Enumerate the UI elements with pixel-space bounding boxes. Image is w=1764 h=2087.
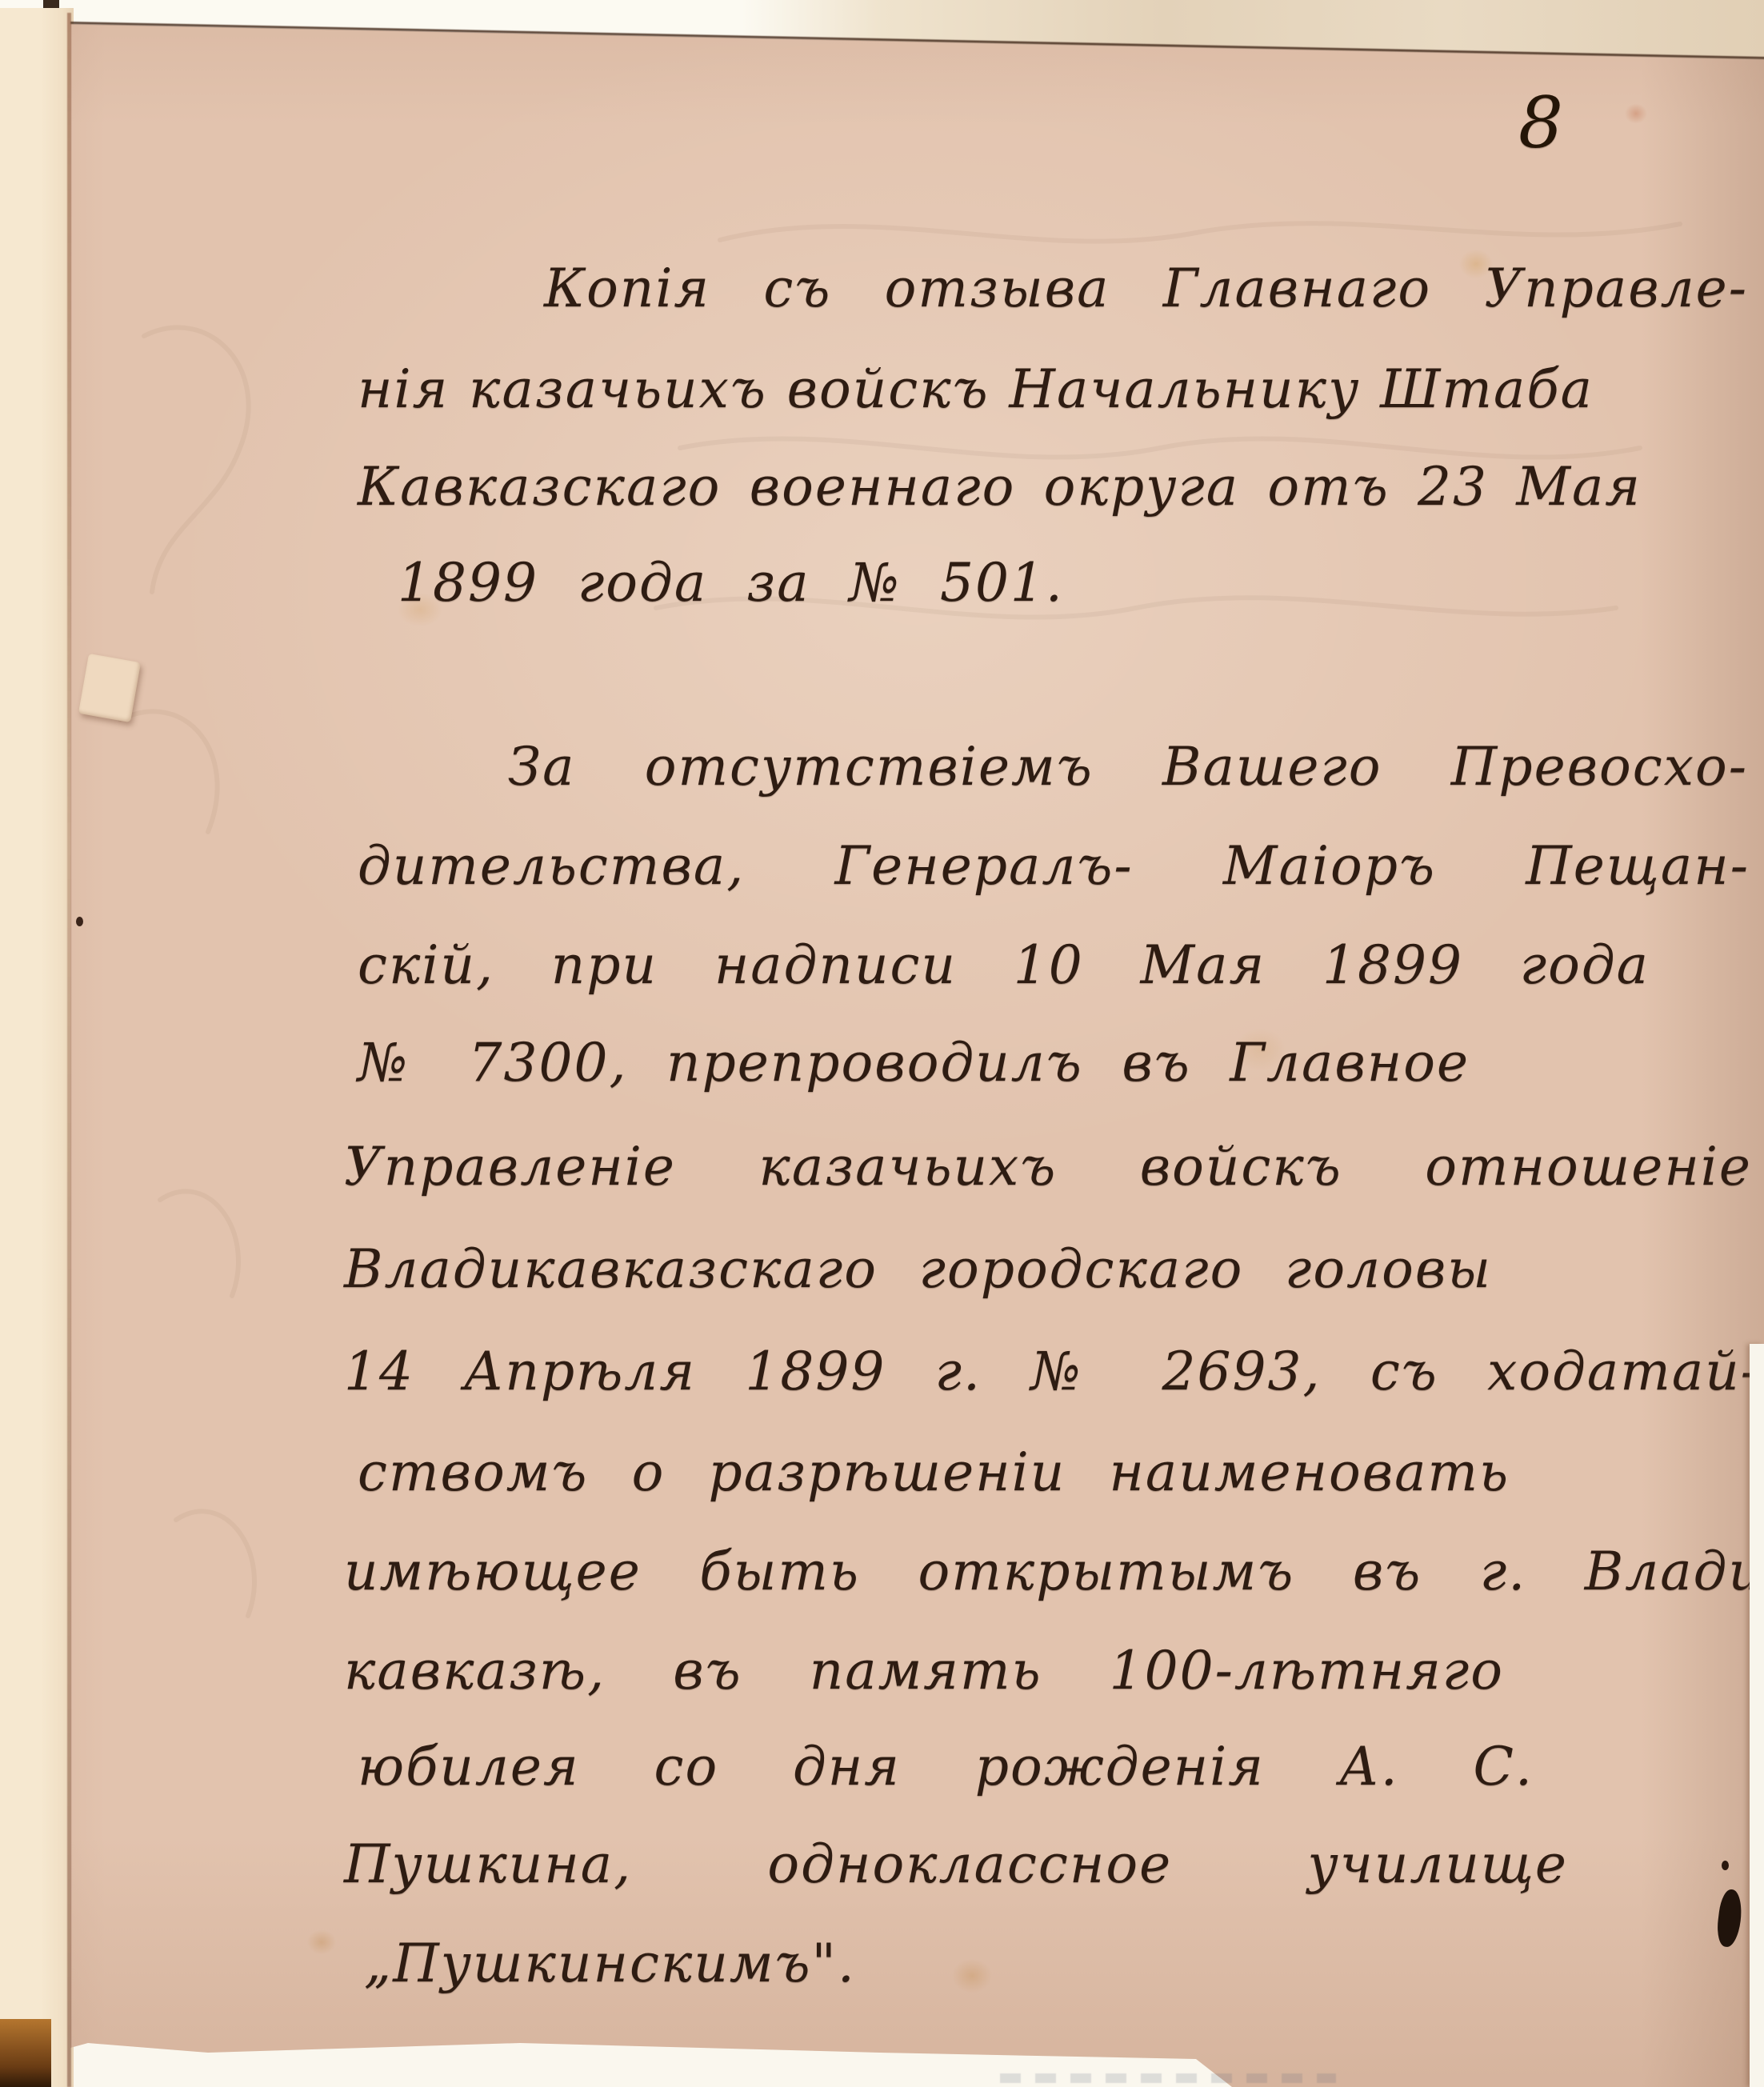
handwriting-line: кавказѣ, въ память 100-лѣтняго (344, 1643, 1504, 1698)
handwriting-line: юбилея со дня рожденія А. С. (358, 1739, 1534, 1794)
handwriting-line: имѣющее быть открытымъ въ г. Влади (344, 1544, 1764, 1599)
manuscript-page: 8 Копія съ отзыва Главнаго Управле- нія … (0, 0, 1764, 2087)
handwriting-line: № 7300, препроводилъ въ Главное (358, 1035, 1470, 1090)
handwriting-line: „Пушкинскимъ". (364, 1936, 856, 1991)
handwriting-line: Копія съ отзыва Главнаго Управле- (544, 261, 1748, 316)
left-page-edge (0, 8, 74, 2087)
ink-dot (1722, 1861, 1729, 1870)
ink-speck (76, 917, 83, 926)
handwriting-line: Владикавказскаго городскаго головы (344, 1241, 1492, 1297)
binding-crease (67, 13, 71, 2087)
handwriting-line: скій, при надписи 10 Мая 1899 года (358, 938, 1650, 993)
page-number: 8 (1518, 82, 1563, 164)
handwriting-line: Кавказскаго военнаго округа отъ 23 Мая (358, 459, 1642, 514)
handwriting-line: Управленіе казачьихъ войскъ отношеніе (344, 1139, 1752, 1194)
bottom-print-marks (1000, 2073, 1336, 2083)
ink-blot (1715, 1889, 1745, 1949)
right-scan-edge (1750, 1344, 1764, 2087)
handwriting-line: За отсутствіемъ Вашего Превосхо- (508, 739, 1748, 794)
handwriting-line: Пушкина, одноклассное училище (344, 1837, 1568, 1892)
handwriting-line: 14 Апрѣля 1899 г. № 2693, съ ходатай- (344, 1344, 1760, 1399)
handwriting-line: нія казачьихъ войскъ Начальнику Штаба (358, 362, 1594, 417)
handwriting-line: ствомъ о разрѣшеніи наименовать (358, 1445, 1510, 1500)
cover-corner (0, 2019, 51, 2087)
handwriting-line: 1899 года за № 501. (398, 555, 1064, 610)
document-scan: 8 Копія съ отзыва Главнаго Управле- нія … (0, 0, 1764, 2087)
handwriting-line: дительства, Генералъ- Маіоръ Пещан- (358, 838, 1750, 894)
torn-paper-tab (78, 654, 141, 722)
